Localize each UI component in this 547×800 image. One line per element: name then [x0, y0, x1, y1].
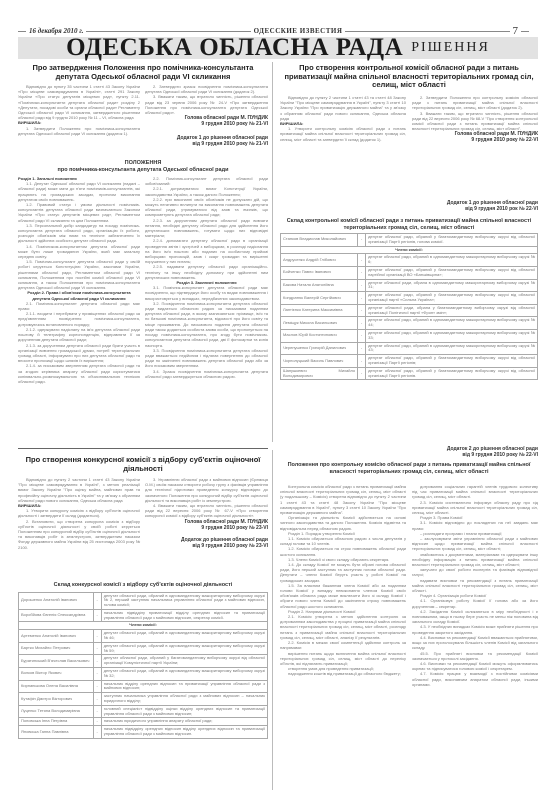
rule	[521, 31, 529, 32]
paragraph: Контрольна комісія обласної ради з питан…	[280, 484, 406, 515]
annex-label: від 9 грудня 2010 року № 21-VI	[145, 141, 268, 147]
member-name: Бартко Михайло Петрович	[19, 642, 94, 655]
member-role: депутат обласної ради, обраний у багатом…	[366, 266, 538, 279]
member-name: Шапушкевич Михайло Володимирович	[281, 367, 358, 380]
dash: -	[358, 367, 366, 380]
table-row: Лаптієнко Катерина Максимівна-депутат об…	[281, 304, 538, 317]
paragraph: 1. Затвердити Положення про помічника-ко…	[18, 126, 140, 136]
commission-composition-table: Станков Владислав Миколайович - депутат …	[280, 233, 538, 380]
table-row: Черепушенко Григорій Данилович-депутат о…	[281, 342, 538, 355]
tender-commission-table: Дорошенко Анатолій Іванович-депутат обла…	[18, 592, 268, 739]
member-role: депутат обласної ради, обраний в одноман…	[366, 317, 538, 330]
section-title: Розділ 2. Права і обов'язки помічника-ко…	[18, 290, 140, 300]
member-name: Кутафін Дмитро Вікторович	[19, 693, 94, 706]
paragraph: залучати до своєї роботи експертів та фа…	[412, 567, 538, 577]
table-row: Луценко Тетяна Володимирівна-головний сп…	[19, 705, 268, 718]
paragraph: 2.2. Помічник-консультант депутата облас…	[145, 176, 268, 186]
member-name: Буратинський В'ячеслав Васильович	[19, 655, 94, 668]
table-row: Поповська Інна Петрівна-начальник юридич…	[19, 718, 268, 726]
banner-section: РІШЕННЯ	[411, 40, 490, 56]
paragraph: 2.1.3. за дорученням депутата обласної р…	[18, 343, 140, 364]
member-role: начальник підвідділу орендних відносин в…	[101, 726, 267, 739]
member-name: Маслов Юрій Костянтинович	[281, 329, 358, 342]
paragraph: 2.1. Комісія утворена з метою здійснення…	[280, 614, 406, 640]
member-name: Андрусенко Андрій Глібович	[281, 254, 358, 267]
table-title: Склад контрольної комісії обласної ради …	[280, 218, 538, 231]
table-row: Артеменко Анатолій Іванович-депутат обла…	[19, 630, 268, 643]
member-role: заступник начальника управління обласної…	[101, 693, 267, 706]
paragraph: 1.2. Правовий статус і умови діяльності …	[18, 202, 140, 223]
member-name: Кондратюк Валерій Сергійович	[281, 292, 358, 305]
article-2-col-2: 2. Затвердити Положення про контрольну к…	[412, 95, 538, 143]
paragraph: – заслуховувати звіти управління обласно…	[412, 536, 538, 552]
member-role: депутат обласної ради, обраний в одноман…	[101, 642, 267, 655]
paragraph: 2.1.1. входити і перебувати у приміщення…	[18, 311, 140, 327]
member-name: Яновська Ганна Павлівна	[19, 726, 94, 739]
paragraph: 2.3. Комісія систематично інформує облас…	[412, 500, 538, 516]
dash: -	[358, 292, 366, 305]
table-row: Чорнолуцький Василь Павлович-депутат обл…	[281, 355, 538, 368]
dash: -	[93, 718, 101, 726]
member-name: Леміщук Микола Васильович	[281, 317, 358, 330]
article-3-table-block: Склад конкурсної комісії з відбору суб'є…	[18, 582, 268, 739]
article-divider	[18, 448, 268, 449]
table-row: Бойченко Павло Іванович-депутат обласної…	[281, 266, 538, 279]
article-2-col-1: Відповідно до пункту 2 частини 1 статті …	[280, 95, 406, 142]
member-name: Чорнолуцький Василь Павлович	[281, 355, 358, 368]
member-name: Бакова Наталя Анатоліївна	[281, 279, 358, 292]
article-2-annex-2: Додаток 2 до рішення обласної ради від 9…	[280, 446, 538, 475]
paragraph: 4.2. Засідання Комісії скликаються в мір…	[412, 609, 538, 625]
table-row: Бартко Михайло Петрович-депутат обласної…	[19, 642, 268, 655]
paragraph: 4.1. Організовує роботу Комісії її голов…	[412, 598, 538, 608]
paragraph: надавати висновки та рекомендації з пита…	[412, 578, 538, 594]
dash: -	[93, 726, 101, 739]
dash: -	[93, 668, 101, 681]
paragraph: 1.4. Помічником-консультантом депутата о…	[18, 244, 140, 260]
table-row: Члени комісії:	[281, 246, 538, 254]
member-name: Артеменко Анатолій Іванович	[19, 630, 94, 643]
page-number: 7	[510, 25, 522, 37]
members-label: Члени комісії:	[281, 246, 538, 254]
article-1-title: Про затвердження Положення про помічника…	[18, 64, 268, 81]
paragraph: Відповідно до пункту 2 частини 1 статті …	[280, 95, 406, 121]
dash: -	[358, 317, 366, 330]
regulation-subtitle: про помічника-консультанта депутата Одес…	[18, 167, 268, 174]
member-role: депутат обласної ради, обраний у багатом…	[101, 655, 267, 668]
dash: -	[93, 630, 101, 643]
table-row: Дорошенко Анатолій Іванович-депутат обла…	[19, 592, 268, 609]
column-divider	[272, 450, 273, 790]
regulation-col-2: 2.2. Помічник-консультант депутата облас…	[145, 176, 268, 444]
member-role: депутат обласної ради, обраний в одноман…	[366, 329, 538, 342]
member-name: Станков Владислав Миколайович	[281, 234, 358, 247]
paragraph: надходження коштів від приватизації до о…	[280, 671, 406, 676]
paragraph: 4.3. У необхідних випадках Комісія може …	[412, 624, 538, 634]
table-title: Склад конкурсної комісії з відбору суб'є…	[18, 582, 268, 589]
paragraph: 45.5. Про прийняті висновки та рекоменда…	[412, 651, 538, 661]
dash: -	[358, 254, 366, 267]
paragraph: 1.2. Комісія обирається на строк повнова…	[280, 546, 406, 556]
table-row: Волков Віктор Якович-депутат обласної ра…	[19, 668, 268, 681]
table-row: Кутафін Дмитро Вікторович-заступник нача…	[19, 693, 268, 706]
member-name: Поповська Інна Петрівна	[19, 718, 94, 726]
article-2-header: Про створення контрольної комісії обласн…	[280, 64, 538, 90]
article-2-reg-col-2: дотримання соціальних гарантій членів тр…	[412, 484, 538, 784]
paragraph: 3. Вважати таким, що втратило чинність, …	[412, 111, 538, 132]
member-name: Волков Віктор Якович	[19, 668, 94, 681]
table-row: Яновська Ганна Павлівна-начальник підвід…	[19, 726, 268, 739]
article-2-reg-col-1: Контрольна комісія обласної ради з питан…	[280, 484, 406, 784]
paragraph: 4. Вважати таким, що втратило чинність, …	[145, 503, 268, 519]
article-3-title: Про створення конкурсної комісії з відбо…	[18, 456, 268, 473]
paragraph: дотримання соціальних гарантій членів тр…	[412, 484, 538, 500]
column-divider	[272, 62, 273, 442]
rule	[86, 31, 250, 32]
annex-label: від 9 грудня 2010 року № 23-VI	[145, 543, 268, 549]
table-row: Маслов Юрій Костянтинович-депутат обласн…	[281, 329, 538, 342]
paragraph: 2.1. Помічник-консультант депутата облас…	[18, 301, 140, 311]
signature-date: 9 грудня 2010 року № 22-VI	[412, 137, 538, 143]
article-2-title: Про створення контрольної комісії обласн…	[280, 64, 538, 90]
article-1-header: Про затвердження Положення про помічника…	[18, 64, 268, 81]
paragraph: 3.3. Посвідчення помічника-консультанта …	[145, 348, 268, 369]
dash: -	[358, 342, 366, 355]
member-role: головний спеціаліст підвідділу оцінки ві…	[101, 705, 267, 718]
article-3-col-1: Відповідно до пункту 2 частини 1 статті …	[18, 477, 140, 550]
member-role: начальник підвідділу приватизації відділ…	[101, 609, 267, 622]
regulation-title: Положення про контрольну комісію обласно…	[280, 462, 538, 475]
paragraph: Відповідно до пункту 2 частини 1 статті …	[18, 477, 140, 503]
table-row: Бакова Наталя Анатоліївна-депутат обласн…	[281, 279, 538, 292]
table-row: Станков Владислав Миколайович - депутат …	[281, 234, 538, 247]
members-label: Члени комісії:	[19, 622, 268, 630]
rule	[345, 31, 509, 32]
dash: -	[358, 279, 366, 292]
table-row: Кирпанькова Олена Василівна-начальник ві…	[19, 680, 268, 693]
paragraph: 2.2.5. надавати депутату обласної ради о…	[145, 264, 268, 280]
paragraph: 3.4. Зразок посвідчення помічника-консул…	[145, 369, 268, 379]
paragraph: знайомитись з документами, матеріалами т…	[412, 552, 538, 568]
member-role: депутат обласної ради, обрана у багатома…	[366, 304, 538, 317]
article-1-col-1: Відповідно до пункту 35 частини 1 статті…	[18, 84, 140, 136]
table-row: Кондратюк Валерій Сергійович-депутат обл…	[281, 292, 538, 305]
paragraph: 2.1.2. одержувати надіслану на ім'я депу…	[18, 327, 140, 343]
member-role: депутат обласної ради, обрана в одноманд…	[366, 279, 538, 292]
article-3-header: Про створення конкурсної комісії з відбо…	[18, 456, 268, 473]
member-role: начальник відділу орендних відносин та п…	[101, 680, 267, 693]
paragraph: 2.2.4. допомагати депутату обласної ради…	[145, 238, 268, 264]
dash: -	[93, 655, 101, 668]
regulation-heading: ПОЛОЖЕННЯ про помічника-консультанта деп…	[18, 160, 268, 173]
dash: -	[358, 304, 366, 317]
article-3-col-2: 3. Управлінню обласної ради з майнових в…	[145, 477, 268, 549]
table-row: Леміщук Микола Васильович-депутат обласн…	[281, 317, 538, 330]
paragraph: 3.1. Помічник-консультант депутата облас…	[145, 285, 268, 301]
table-row: Шапушкевич Михайло Володимирович-депутат…	[281, 367, 538, 380]
paragraph: 1.4. До складу Комісії не можуть бути об…	[280, 562, 406, 583]
member-role: депутат обласної ради, обраний в одноман…	[366, 254, 538, 267]
paragraph: 2.1.4. за письмовим зверненням депутата …	[18, 363, 140, 384]
section-banner: ОДЕСЬКА ОБЛАСНА РАДА РІШЕННЯ	[18, 37, 538, 59]
article-1-col-2: 2. Затвердити зразок посвідчення помічни…	[145, 84, 268, 147]
rule	[18, 31, 26, 32]
paragraph: 4.7. Комісія працює у взаємодії з постій…	[412, 671, 538, 687]
member-name: Луценко Тетяна Володимирівна	[19, 705, 94, 718]
member-role: депутат обласної ради, обраний в одноман…	[101, 668, 267, 681]
dash: -	[93, 680, 101, 693]
member-role: депутат обласної ради, обраний у багатом…	[366, 234, 538, 247]
dash: -	[358, 266, 366, 279]
paragraph: 1.3. Персональний добір кандидатур на по…	[18, 223, 140, 244]
member-name: Кирпанькова Олена Василівна	[19, 680, 94, 693]
paragraph: Відповідно до пункту 35 частини 1 статті…	[18, 84, 140, 120]
dash: -	[358, 355, 366, 368]
paragraph: 2. Затвердити Положення про контрольну к…	[412, 95, 538, 111]
member-name: Воробйова Євгенія Олександрівна	[19, 609, 94, 622]
paragraph: 1.1. Депутат Одеської обласної ради VI с…	[18, 181, 140, 202]
dash: -	[93, 705, 101, 718]
member-role: депутат обласної ради, обраний у багатом…	[366, 355, 538, 368]
article-2-annex-1: Додаток 1 до рішення обласної ради від 9…	[280, 200, 538, 380]
paragraph: 2. Встановити, що створена конкурсна ком…	[18, 519, 140, 550]
paragraph: 1.1. Комісія обирається обласною радою з…	[280, 536, 406, 546]
dash: -	[358, 234, 366, 247]
table-row: Буратинський В'ячеслав Васильович-депута…	[19, 655, 268, 668]
table-row: Андрусенко Андрій Глібович-депутат облас…	[281, 254, 538, 267]
paragraph: вирішення питань щодо включення майна сп…	[280, 651, 406, 667]
member-role: депутат обласної ради, обраний у багатом…	[366, 292, 538, 305]
paragraph: 2.2.3. за дорученням депутата обласної р…	[145, 218, 268, 239]
paragraph: 2.2.2. при виконанні своїх обов'язків не…	[145, 197, 268, 218]
regulation-col-1: Розділ 1. Загальні положення 1.1. Депута…	[18, 176, 140, 444]
dash: -	[93, 592, 101, 609]
dash: -	[93, 609, 101, 622]
paragraph: 3. Управлінню обласної ради з майнових в…	[145, 477, 268, 503]
member-name: Черепушенко Григорій Данилович	[281, 342, 358, 355]
dash: -	[93, 642, 101, 655]
paragraph: 3.1. Комісія відповідно до покладених на…	[412, 520, 538, 530]
dash: -	[93, 693, 101, 706]
dash: -	[358, 329, 366, 342]
paragraph: 2. Затвердити зразок посвідчення помічни…	[145, 84, 268, 94]
paragraph: 3. Вважати таким, що втратило чинність, …	[145, 94, 268, 115]
member-name: Лаптієнко Катерина Максимівна	[281, 304, 358, 317]
paragraph: 4.6. Висновки та рекомендації Комісії мо…	[412, 661, 538, 671]
member-role: депутат обласної ради, обраний в одноман…	[101, 630, 267, 643]
member-name: Дорошенко Анатолій Іванович	[19, 592, 94, 609]
paragraph: 1. Утворити контрольну комісію обласної …	[280, 126, 406, 142]
member-role: депутат обласної ради, обраний у багатом…	[366, 367, 538, 380]
banner-title: ОДЕСЬКА ОБЛАСНА РАДА	[66, 37, 403, 59]
paragraph: 1. Утворити конкурсну комісію з відбору …	[18, 508, 140, 518]
paragraph: 1.5. Помічник-консультант депутата облас…	[18, 259, 140, 290]
member-role: депутат обласної ради, обраний в одноман…	[366, 342, 538, 355]
member-role: депутат обласної ради, обраний в одноман…	[101, 592, 267, 609]
table-row: Члени комісії:	[19, 622, 268, 630]
member-name: Бойченко Павло Іванович	[281, 266, 358, 279]
paragraph: 4.4. Висновки та рекомендації Комісії вв…	[412, 635, 538, 651]
paragraph: 2.2.1. дотримуватися вимог Конституції У…	[145, 186, 268, 196]
paragraph: Організація та діяльність Комісії здійсн…	[280, 515, 406, 531]
paragraph: 1.5. За власним бажанням члена Комісії а…	[280, 583, 406, 609]
paragraph: 2.2. Комісія в межах своєї компетенції з…	[280, 640, 406, 650]
member-role: начальник юридичного управління апарату …	[101, 718, 267, 726]
table-row: Воробйова Євгенія Олександрівна-начальни…	[19, 609, 268, 622]
paragraph: 3.2. Посвідчення помічника-консультанта …	[145, 301, 268, 348]
